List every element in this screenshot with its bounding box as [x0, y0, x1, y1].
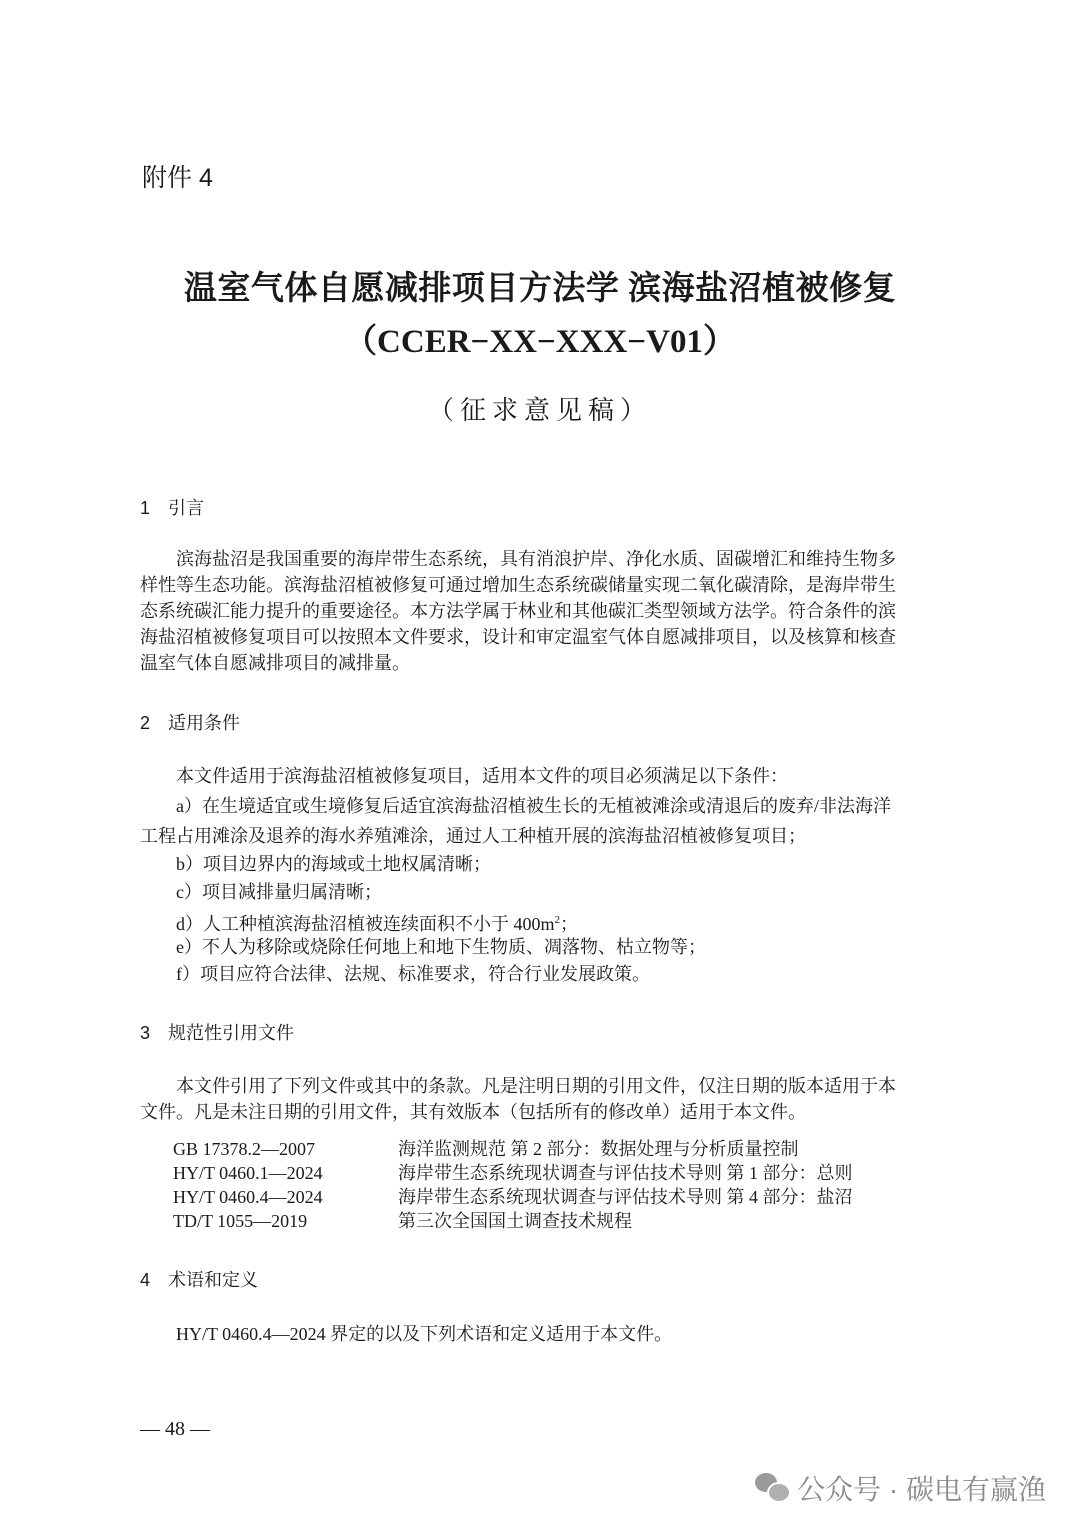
condition-f: f）项目应符合法律、法规、标准要求，符合行业发展政策。 — [176, 961, 650, 987]
reference-title: 海岸带生态系统现状调查与评估技术导则 第 1 部分：总则 — [398, 1161, 853, 1185]
page-number: — 48 — — [140, 1418, 210, 1441]
condition-c: c）项目减排量归属清晰； — [176, 879, 382, 905]
paragraph-line: HY/T 0460.4—2024 界定的以及下列术语和定义适用于本文件。 — [176, 1321, 672, 1347]
section-title: 术语和定义 — [168, 1270, 258, 1290]
annex-label: 附件 4 — [142, 158, 213, 194]
draft-status: （征求意见稿） — [0, 390, 1080, 427]
section-number: 3 — [140, 1023, 168, 1044]
document-title: 温室气体自愿减排项目方法学 滨海盐沼植被修复 — [0, 262, 1080, 309]
paragraph-line: 文件。凡是未注日期的引用文件，其有效版本（包括所有的修改单）适用于本文件。 — [140, 1099, 806, 1125]
punctuation: ； — [560, 914, 578, 934]
watermark: 公众号 · 碳电有赢渔 — [755, 1468, 1046, 1508]
paragraph-line: 海盐沼植被修复项目可以按照本文件要求，设计和审定温室气体自愿减排项目，以及核算和… — [140, 624, 896, 650]
wechat-icon — [755, 1473, 789, 1503]
condition-b: b）项目边界内的海域或土地权属清晰； — [176, 851, 491, 877]
paragraph-line: 样性等生态功能。滨海盐沼植被修复可通过增加生态系统碳储量实现二氧化碳清除，是海岸… — [140, 572, 896, 598]
condition-e: e）不人为移除或烧除任何地上和地下生物质、凋落物、枯立物等； — [176, 934, 706, 960]
section-heading-3: 3规范性引用文件 — [140, 1019, 294, 1045]
section-number: 2 — [140, 713, 168, 734]
section-heading-1: 1引言 — [140, 494, 204, 520]
document-code: （CCER−XX−XXX−V01） — [0, 315, 1080, 362]
section-number: 1 — [140, 498, 168, 519]
section-title: 适用条件 — [168, 713, 240, 733]
conditions-intro: 本文件适用于滨海盐沼植被修复项目，适用本文件的项目必须满足以下条件： — [176, 763, 788, 789]
reference-title: 第三次全国国土调查技术规程 — [398, 1209, 632, 1233]
paragraph-line: 温室气体自愿减排项目的减排量。 — [140, 650, 410, 676]
section-heading-4: 4术语和定义 — [140, 1266, 258, 1292]
reference-title: 海洋监测规范 第 2 部分：数据处理与分析质量控制 — [398, 1137, 799, 1161]
reference-title: 海岸带生态系统现状调查与评估技术导则 第 4 部分：盐沼 — [398, 1185, 853, 1209]
reference-code: HY/T 0460.4—2024 — [173, 1185, 323, 1209]
reference-code: GB 17378.2—2007 — [173, 1137, 315, 1161]
condition-d: d）人工种植滨海盐沼植被连续面积不小于 400m2； — [176, 907, 578, 937]
section-title: 规范性引用文件 — [168, 1023, 294, 1043]
condition-a-cont: 工程占用滩涂及退养的海水养殖滩涂，通过人工种植开展的滨海盐沼植被修复项目； — [140, 823, 806, 849]
reference-code: TD/T 1055—2019 — [173, 1209, 307, 1233]
paragraph-line: 态系统碳汇能力提升的重要途径。本方法学属于林业和其他碳汇类型领域方法学。符合条件… — [140, 598, 896, 624]
reference-code: HY/T 0460.1—2024 — [173, 1161, 323, 1185]
condition-a: a）在生境适宜或生境修复后适宜滨海盐沼植被生长的无植被滩涂或清退后的废弃/非法海… — [176, 793, 891, 819]
section-number: 4 — [140, 1270, 168, 1291]
section-heading-2: 2适用条件 — [140, 709, 240, 735]
paragraph-line: 本文件引用了下列文件或其中的条款。凡是注明日期的引用文件，仅注日期的版本适用于本 — [176, 1073, 896, 1099]
section-title: 引言 — [168, 498, 204, 518]
paragraph-line: 滨海盐沼是我国重要的海岸带生态系统，具有消浪护岸、净化水质、固碳增汇和维持生物多 — [176, 546, 896, 572]
condition-d-text: d）人工种植滨海盐沼植被连续面积不小于 400m — [176, 914, 555, 934]
watermark-text: 公众号 · 碳电有赢渔 — [797, 1468, 1046, 1508]
